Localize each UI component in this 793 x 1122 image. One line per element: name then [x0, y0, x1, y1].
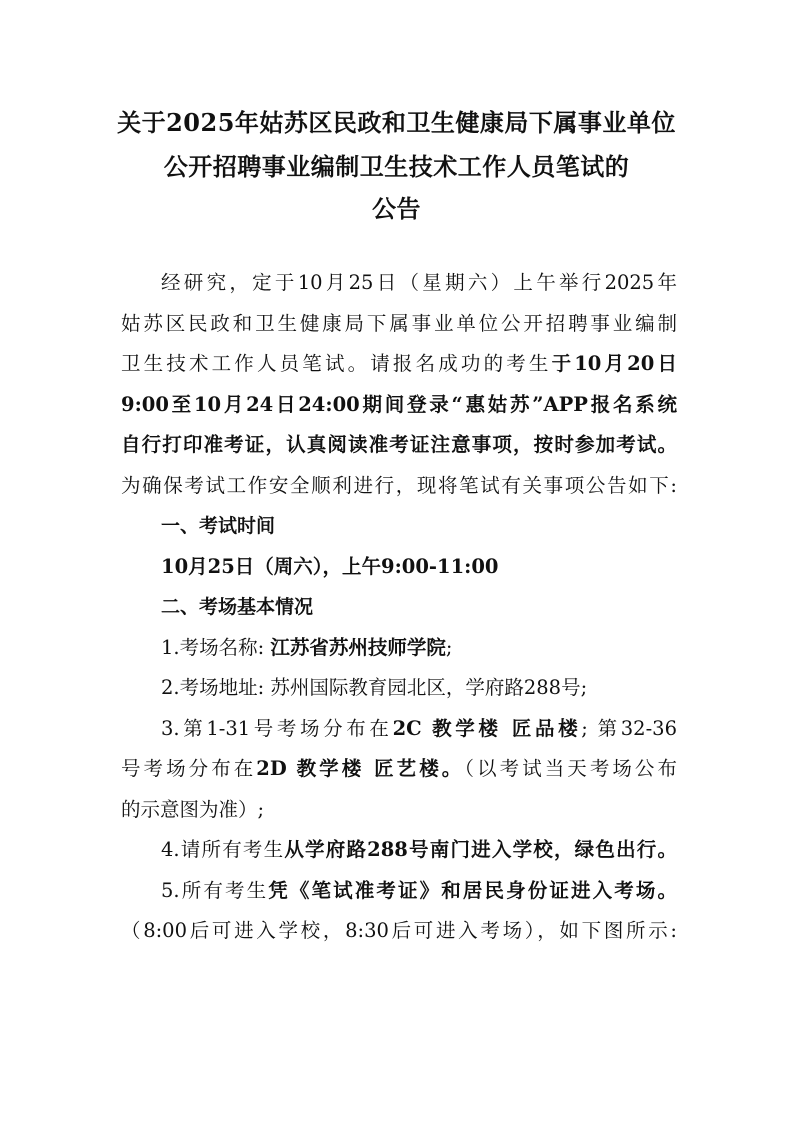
venue-name-end: ;: [446, 636, 453, 659]
text: （以考试当天考场公布: [464, 757, 677, 780]
intro-line-5: 自行打印准考证，认真阅读准考证注意事项，按时参加考试。: [121, 430, 677, 471]
room-distribution-1: 3.第1-31号考场分布在2C 教学楼 匠品楼; 第32-36: [121, 714, 677, 755]
intro-line-1: 经研究，定于10月25日（星期六）上午举行2025年: [121, 268, 677, 309]
intro-date-bold: 于10月20日: [552, 352, 677, 375]
title-line-2: 公开招聘事业编制卫生技术工作人员笔试的: [0, 147, 793, 182]
intro-line-6: 为确保考试工作安全顺利进行，现将笔试有关事项公告如下:: [121, 471, 677, 512]
text: ; 第32-36: [581, 717, 677, 740]
entrance-note: 4.请所有考生从学府路288号南门进入学校，绿色出行。: [121, 835, 677, 876]
entry-times: （8:00后可进入学校，8:30后可进入考场），如下图所示:: [121, 916, 677, 957]
id-bold: 凭《笔试准考证》和居民身份证进入考场。: [268, 879, 677, 902]
venue-address: 2.考场地址: 苏州国际教育园北区，学府路288号;: [121, 673, 677, 714]
text: 5.所有考生: [161, 879, 268, 902]
id-note: 5.所有考生凭《笔试准考证》和居民身份证进入考场。: [121, 876, 677, 917]
room-distribution-3: 的示意图为准）;: [121, 795, 677, 836]
building-2c: 2C 教学楼 匠品楼: [393, 717, 582, 740]
section1-heading: 一、考试时间: [121, 511, 677, 552]
text: 3.第1-31号考场分布在: [161, 717, 393, 740]
intro-line-2: 姑苏区民政和卫生健康局下属事业单位公开招聘事业编制: [121, 309, 677, 350]
venue-name: 1.考场名称: 江苏省苏州技师学院;: [121, 633, 677, 674]
document-body: 经研究，定于10月25日（星期六）上午举行2025年 姑苏区民政和卫生健康局下属…: [121, 268, 677, 957]
room-distribution-2: 号考场分布在2D 教学楼 匠艺楼。（以考试当天考场公布: [121, 754, 677, 795]
text: 4.请所有考生: [161, 838, 284, 861]
section2-heading: 二、考场基本情况: [121, 592, 677, 633]
title-line-1: 关于2025年姑苏区民政和卫生健康局下属事业单位: [0, 103, 793, 138]
building-2d: 2D 教学楼 匠艺楼。: [256, 757, 464, 780]
venue-name-label: 1.考场名称:: [161, 636, 270, 659]
exam-time: 10月25日（周六），上午9:00-11:00: [121, 552, 677, 593]
venue-name-value: 江苏省苏州技师学院: [270, 636, 446, 659]
intro-text: 卫生技术工作人员笔试。请报名成功的考生: [121, 352, 552, 375]
entrance-bold: 从学府路288号南门进入学校，绿色出行。: [284, 838, 677, 861]
text: 号考场分布在: [121, 757, 256, 780]
intro-line-4: 9:00至10月24日24:00期间登录“惠姑苏”APP报名系统: [121, 390, 677, 431]
title-line-3: 公告: [0, 189, 793, 224]
intro-line-3: 卫生技术工作人员笔试。请报名成功的考生于10月20日: [121, 349, 677, 390]
